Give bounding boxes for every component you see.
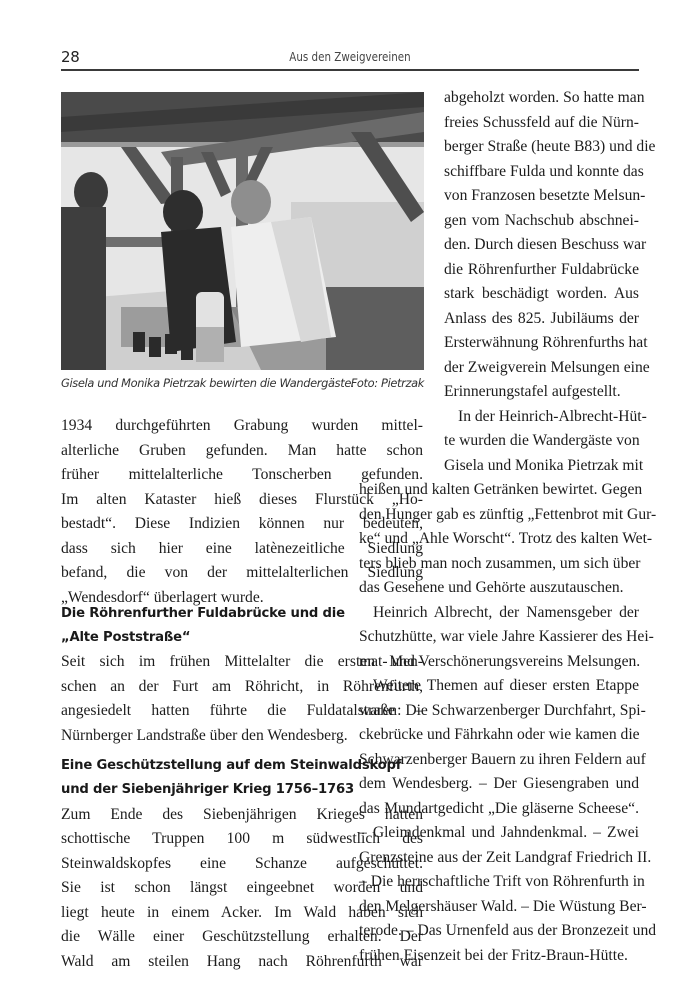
text-line: den. Durch diesen Beschuss war (444, 235, 639, 255)
text-line: Grenzsteine aus der Zeit Landgraf Friedr… (359, 848, 639, 868)
text-line: freies Schussfeld auf die Nürn- (444, 113, 639, 133)
photo (61, 92, 424, 370)
text-line: te wurden die Wandergäste von (444, 431, 639, 451)
text-line: heißen und kalten Getränken bewirtet. Ge… (359, 480, 639, 500)
text-line: Gisela und Monika Pietrzak mit (444, 456, 639, 476)
section-heading: „Alte Poststraße“ (61, 628, 190, 648)
text-line: waren: Die Schwarzenberger Durchfahrt, S… (359, 701, 639, 721)
text-line: Ersterwähnung Röhrenfurths hat (444, 333, 639, 353)
text-line: Weitere Themen auf dieser ersten Etappe (359, 676, 639, 696)
text-line: Heinrich Albrecht, der Namensgeber der (359, 603, 639, 623)
text-line: mat- und Verschönerungsvereins Melsungen… (359, 652, 639, 672)
text-line: frühen Eisenzeit bei der Fritz-Braun-Hüt… (359, 946, 639, 966)
text-line: Erinnerungstafel aufgestellt. (444, 382, 639, 402)
section-heading: und der Siebenjähriger Krieg 1756–1763 (61, 780, 354, 800)
text-line: Schutzhütte, war viele Jahre Kassierer d… (359, 627, 639, 647)
text-line: die Röhrenfurther Fuldabrücke (444, 260, 639, 280)
photo-caption: Gisela und Monika Pietrzak bewirten die … (61, 376, 424, 394)
text-line: den Hunger gab es zünftig „Fettenbrot mi… (359, 505, 639, 525)
text-line: In der Heinrich-Albrecht-Hüt- (444, 407, 639, 427)
text-line: stark beschädigt worden. Aus (444, 284, 639, 304)
page-header: 28 Aus den Zweigvereinen (61, 46, 639, 70)
text-line: ke“ und „Ahle Worscht“. Trotz des kalten… (359, 529, 639, 549)
text-line: – Die herrschaftliche Trift von Röhrenfu… (359, 872, 639, 892)
section-heading: Eine Geschützstellung auf dem Steinwalds… (61, 756, 401, 776)
text-line: der Zweigverein Melsungen eine (444, 358, 639, 378)
text-line: schiffbare Fulda und konnte das (444, 162, 639, 182)
section-heading: Die Röhrenfurther Fuldabrücke und die (61, 604, 345, 624)
text-line: ckebrücke und Fährkahn oder wie kamen di… (359, 725, 639, 745)
text-line: das Gesehene und Gehörte auszutauschen. (359, 578, 639, 598)
text-line: dem Wendesberg. – Der Giesengraben und (359, 774, 639, 794)
text-line: Schwarzenberger Bauern zu ihren Feldern … (359, 750, 639, 770)
text-line: berger Straße (heute B83) und die (444, 137, 639, 157)
text-line: von Franzosen besetzte Melsun- (444, 186, 639, 206)
text-line: abgeholzt worden. So hatte man (444, 88, 639, 108)
text-line: Anlass des 825. Jubiläums der (444, 309, 639, 329)
text-line: alterliche Gruben gefunden. Man hatte sc… (61, 441, 423, 461)
photo-credit: Foto: Pietrzak (351, 376, 424, 390)
caption-text: Gisela und Monika Pietrzak bewirten die … (61, 376, 354, 390)
header-rule (61, 69, 639, 71)
running-title: Aus den Zweigvereinen (101, 50, 598, 64)
text-line: gen vom Nachschub abschnei- (444, 211, 639, 231)
text-line: den Melgershäuser Wald. – Die Wüstung Be… (359, 897, 639, 917)
text-line: – Gleimdenkmal und Jahndenkmal. – Zwei (359, 823, 639, 843)
text-line: das Mundartgedicht „Die gläserne Scheese… (359, 799, 639, 819)
text-line: ters blieb man noch zusammen, um sich üb… (359, 554, 639, 574)
text-line: terode. – Das Urnenfeld aus der Bronzeze… (359, 921, 639, 941)
text-line: 1934 durchgeführten Grabung wurden mitte… (61, 416, 423, 436)
page-number: 28 (61, 48, 80, 66)
